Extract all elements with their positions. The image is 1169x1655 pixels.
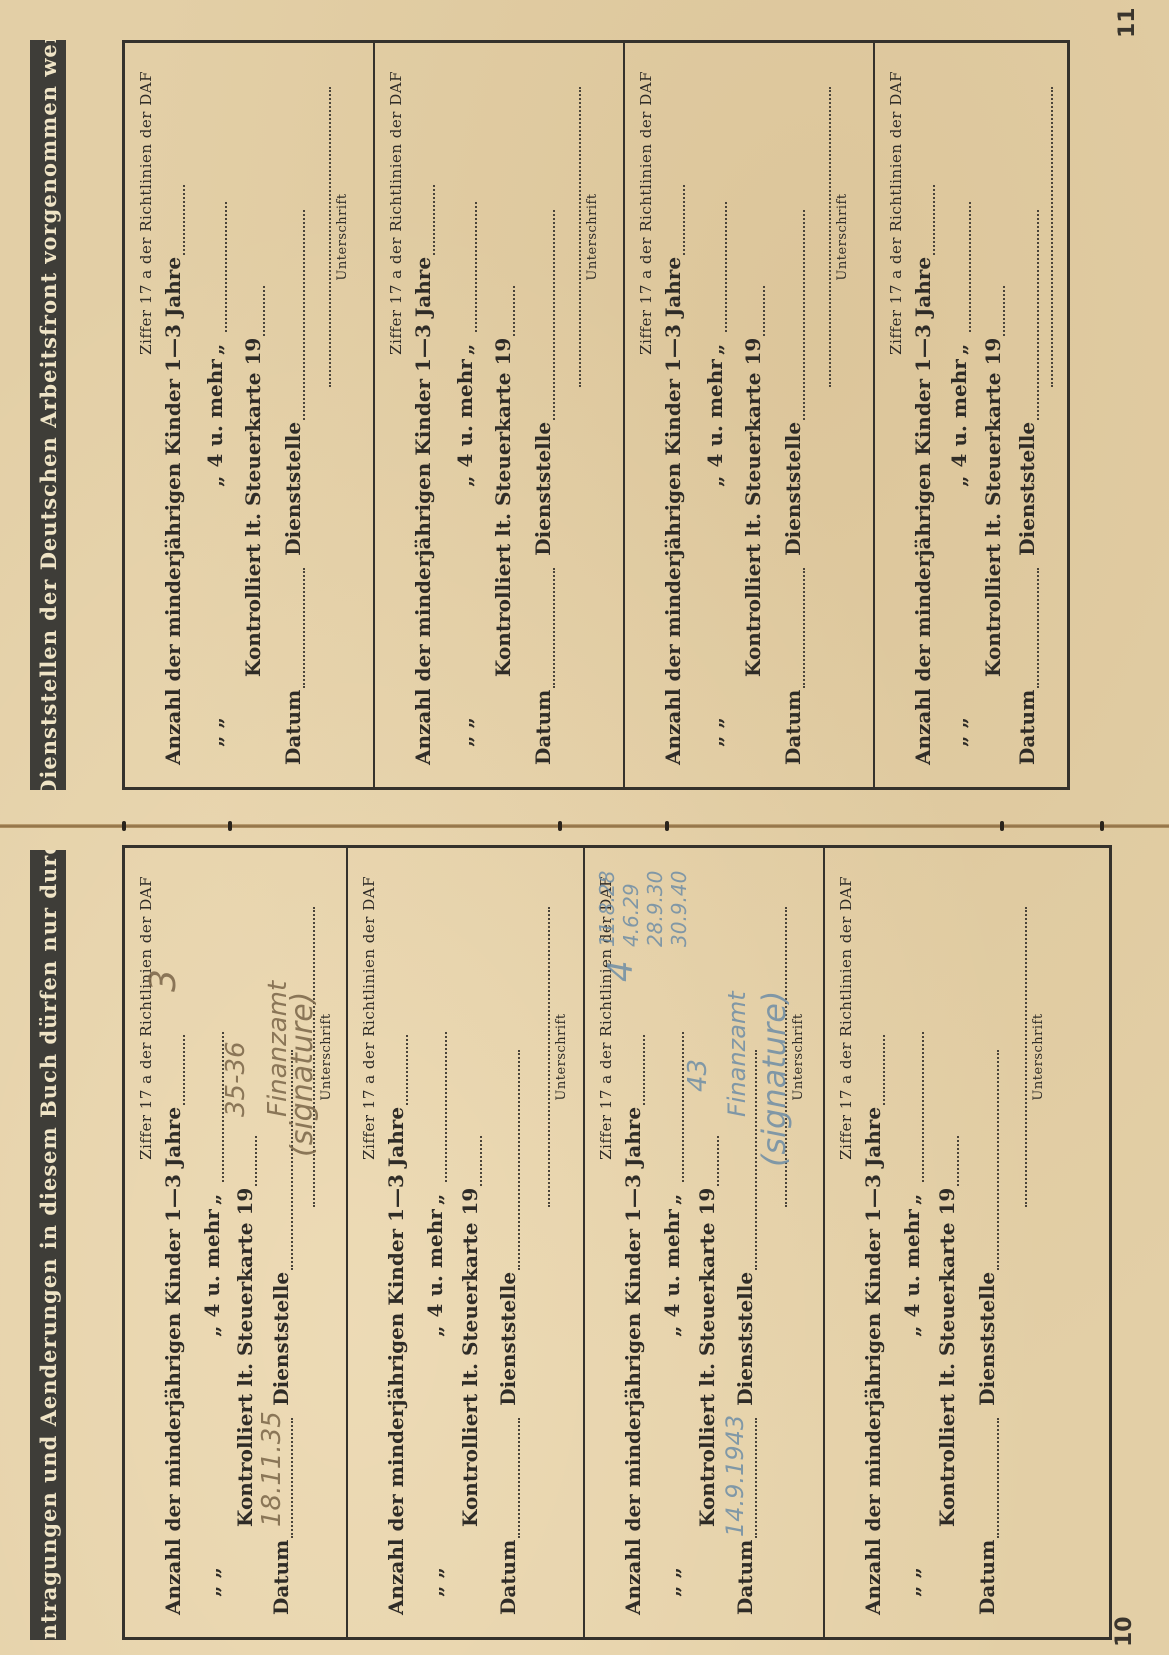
mehr-label: 4 u. mehr	[947, 359, 971, 467]
kinder-4-plus-field[interactable]	[707, 202, 727, 332]
mehr-label: 4 u. mehr	[660, 1209, 684, 1317]
dienststelle-field[interactable]	[285, 210, 305, 420]
kinder-1-3-field[interactable]	[625, 1035, 645, 1105]
signature-field[interactable]	[829, 87, 831, 387]
entry-box: Ziffer 17 a der Richtlinien der DAF Anza…	[875, 43, 1067, 787]
anzahl-row: Anzahl der minderjährigen Kinder 1—3 Jah…	[661, 185, 685, 765]
dienststelle-field[interactable]	[500, 1050, 520, 1270]
margin-date: 11.8.28	[595, 871, 619, 947]
anzahl-row: Anzahl der minderjährigen Kinder 1—3 Jah…	[911, 185, 935, 765]
handwritten-steuerkarte-year: 43	[683, 1059, 713, 1092]
dienststelle-field[interactable]	[535, 210, 555, 420]
ditto-mark: „	[453, 475, 477, 487]
ziffer-label: Ziffer 17 a der Richtlinien der DAF	[137, 71, 155, 355]
ditto-mark: „	[703, 475, 727, 487]
ditto-marks: „ „	[947, 507, 971, 747]
signature-field[interactable]	[579, 87, 581, 387]
datum-label: Datum	[975, 1540, 999, 1615]
kinder-4-plus-field[interactable]	[457, 202, 477, 332]
dienststelle-label: Dienststelle	[269, 1272, 293, 1406]
ditto-mark: „	[453, 344, 477, 356]
kinder-4-plus-field[interactable]	[427, 1032, 447, 1182]
dienststelle-label: Dienststelle	[531, 422, 555, 556]
ditto-mark: „	[200, 1194, 224, 1206]
datum-row: Datum Dienststelle	[531, 210, 555, 765]
kinder-4-plus-field[interactable]	[207, 202, 227, 332]
mehr-label: 4 u. mehr	[703, 359, 727, 467]
ditto-marks: „ „	[203, 507, 227, 747]
ditto-marks: „ „	[200, 1357, 224, 1597]
ziffer-label: Ziffer 17 a der Richtlinien der DAF	[137, 876, 155, 1160]
entry-box: Ziffer 17 a der Richtlinien der DAF Anza…	[585, 848, 825, 1637]
kontrolliert-row: Kontrolliert lt. Steuerkarte 19	[695, 1136, 719, 1527]
ditto-mark: „	[947, 475, 971, 487]
kinder-1-3-field[interactable]	[388, 1035, 408, 1105]
ditto-marks: „ „	[660, 1357, 684, 1597]
ditto-marks: „ „	[453, 507, 477, 747]
entries-frame: Ziffer 17 a der Richtlinien der DAF Anza…	[122, 845, 1112, 1640]
page-number: 10	[1112, 1616, 1137, 1647]
handwritten-steuerkarte-year: 35-36	[221, 1041, 251, 1117]
datum-row: Datum Dienststelle	[975, 1050, 999, 1615]
datum-row: Datum Dienststelle	[781, 210, 805, 765]
margin-date: 30.9.40	[667, 871, 691, 947]
steuerkarte-year-field[interactable]	[939, 1136, 959, 1186]
book-spine	[0, 824, 1169, 828]
signature-field[interactable]	[1051, 87, 1053, 387]
entries-frame: Ziffer 17 a der Richtlinien der DAF Anza…	[122, 40, 1070, 790]
anzahl-label: Anzahl der minderjährigen Kinder 1—3 Jah…	[161, 257, 185, 765]
unterschrift-label: Unterschrift	[1031, 907, 1046, 1207]
kinder-1-3-field[interactable]	[415, 185, 435, 255]
kontrolliert-row: Kontrolliert lt. Steuerkarte 19	[741, 286, 765, 677]
unterschrift-label: Unterschrift	[335, 87, 350, 387]
handwritten-datum: 14.9.1943	[721, 1415, 749, 1537]
kinder-4-plus-field[interactable]	[904, 1032, 924, 1182]
mehr-row: „ „ „ 4 u. mehr „	[660, 1032, 684, 1597]
kinder-1-3-field[interactable]	[165, 185, 185, 255]
datum-field[interactable]	[785, 568, 805, 688]
unterschrift-label: Unterschrift	[791, 907, 806, 1207]
ziffer-label: Ziffer 17 a der Richtlinien der DAF	[887, 71, 905, 355]
steuerkarte-year-field[interactable]	[699, 1136, 719, 1186]
datum-field[interactable]	[1019, 568, 1039, 688]
datum-field[interactable]	[535, 568, 555, 688]
steuerkarte-year-field[interactable]	[237, 1136, 257, 1186]
steuerkarte-year-field[interactable]	[745, 286, 765, 336]
unterschrift-label: Unterschrift	[585, 87, 600, 387]
ditto-mark: „	[703, 344, 727, 356]
mehr-row: „ „ „ 4 u. mehr „	[453, 202, 477, 747]
kontrolliert-row: Kontrolliert lt. Steuerkarte 19	[458, 1136, 482, 1527]
unterschrift-label: Unterschrift	[319, 907, 334, 1207]
kontrolliert-row: Kontrolliert lt. Steuerkarte 19	[491, 286, 515, 677]
anzahl-label: Anzahl der minderjährigen Kinder 1—3 Jah…	[661, 257, 685, 765]
mehr-label: 4 u. mehr	[900, 1209, 924, 1317]
booklet-spread: Eintragungen und Aenderungen in diesem B…	[0, 0, 1169, 1655]
ditto-mark: „	[203, 344, 227, 356]
page-banner: Eintragungen und Aenderungen in diesem B…	[30, 850, 66, 1640]
anzahl-row: Anzahl der minderjährigen Kinder 1—3 Jah…	[161, 185, 185, 765]
signature-field[interactable]	[1025, 907, 1027, 1207]
handwritten-kinder-1-3: 4	[601, 960, 641, 982]
kinder-1-3-field[interactable]	[665, 185, 685, 255]
mehr-row: „ „ „ 4 u. mehr „	[203, 202, 227, 747]
kontrolliert-label: Kontrolliert lt. Steuerkarte 19	[981, 338, 1005, 677]
page-11: die Dienststellen der Deutschen Arbeitsf…	[0, 0, 1169, 823]
mehr-label: 4 u. mehr	[203, 359, 227, 467]
datum-label: Datum	[496, 1540, 520, 1615]
handwritten-signature: (signature)	[285, 992, 320, 1157]
mehr-row: „ „ „ 4 u. mehr „	[947, 202, 971, 747]
page-banner: die Dienststellen der Deutschen Arbeitsf…	[30, 40, 66, 790]
ditto-mark: „	[660, 1325, 684, 1337]
datum-field[interactable]	[979, 1418, 999, 1538]
kontrolliert-label: Kontrolliert lt. Steuerkarte 19	[491, 338, 515, 677]
ditto-mark: „	[900, 1194, 924, 1206]
datum-label: Datum	[269, 1540, 293, 1615]
handwritten-dienststelle: Finanzamt	[723, 991, 751, 1117]
anzahl-row: Anzahl der minderjährigen Kinder 1—3 Jah…	[621, 1035, 645, 1615]
anzahl-label: Anzahl der minderjährigen Kinder 1—3 Jah…	[384, 1107, 408, 1615]
dienststelle-field[interactable]	[1019, 210, 1039, 420]
margin-date: 28.9.30	[643, 871, 667, 947]
kontrolliert-label: Kontrolliert lt. Steuerkarte 19	[741, 338, 765, 677]
entry-box: Ziffer 17 a der Richtlinien der DAF Anza…	[375, 43, 625, 787]
ditto-mark: „	[200, 1325, 224, 1337]
datum-row: Datum Dienststelle	[1015, 210, 1039, 765]
datum-label: Datum	[733, 1540, 757, 1615]
kontrolliert-label: Kontrolliert lt. Steuerkarte 19	[241, 338, 265, 677]
dienststelle-label: Dienststelle	[281, 422, 305, 556]
ditto-marks: „ „	[900, 1357, 924, 1597]
anzahl-row: Anzahl der minderjährigen Kinder 1—3 Jah…	[161, 1035, 185, 1615]
ziffer-label: Ziffer 17 a der Richtlinien der DAF	[837, 876, 855, 1160]
datum-label: Datum	[781, 690, 805, 765]
ditto-marks: „ „	[423, 1357, 447, 1597]
mehr-row: „ „ „ 4 u. mehr „	[423, 1032, 447, 1597]
kontrolliert-label: Kontrolliert lt. Steuerkarte 19	[935, 1188, 959, 1527]
kinder-1-3-field[interactable]	[165, 1035, 185, 1105]
anzahl-label: Anzahl der minderjährigen Kinder 1—3 Jah…	[161, 1107, 185, 1615]
kinder-1-3-field[interactable]	[915, 185, 935, 255]
steuerkarte-year-field[interactable]	[985, 286, 1005, 336]
anzahl-label: Anzahl der minderjährigen Kinder 1—3 Jah…	[411, 257, 435, 765]
ditto-mark: „	[203, 475, 227, 487]
kontrolliert-row: Kontrolliert lt. Steuerkarte 19	[981, 286, 1005, 677]
entry-box: Ziffer 17 a der Richtlinien der DAF Anza…	[625, 43, 875, 787]
steuerkarte-year-field[interactable]	[462, 1136, 482, 1186]
kontrolliert-label: Kontrolliert lt. Steuerkarte 19	[458, 1188, 482, 1527]
entry-box: Ziffer 17 a der Richtlinien der DAF Anza…	[825, 848, 1109, 1637]
dienststelle-field[interactable]	[979, 1050, 999, 1270]
handwritten-datum: 18.11.35	[257, 1411, 287, 1527]
kontrolliert-row: Kontrolliert lt. Steuerkarte 19	[233, 1136, 257, 1527]
kontrolliert-label: Kontrolliert lt. Steuerkarte 19	[695, 1188, 719, 1527]
steuerkarte-year-field[interactable]	[495, 286, 515, 336]
dienststelle-label: Dienststelle	[1015, 422, 1039, 556]
datum-label: Datum	[531, 690, 555, 765]
ditto-mark: „	[660, 1194, 684, 1206]
kontrolliert-label: Kontrolliert lt. Steuerkarte 19	[233, 1188, 257, 1527]
anzahl-label: Anzahl der minderjährigen Kinder 1—3 Jah…	[911, 257, 935, 765]
dienststelle-label: Dienststelle	[975, 1272, 999, 1406]
unterschrift-label: Unterschrift	[835, 87, 850, 387]
kinder-4-plus-field[interactable]	[664, 1032, 684, 1182]
unterschrift-label: Unterschrift	[554, 907, 569, 1207]
datum-label: Datum	[1015, 690, 1039, 765]
ditto-mark: „	[423, 1325, 447, 1337]
dienststelle-label: Dienststelle	[733, 1272, 757, 1406]
entry-box: Ziffer 17 a der Richtlinien der DAF Anza…	[125, 43, 375, 787]
anzahl-label: Anzahl der minderjährigen Kinder 1—3 Jah…	[861, 1107, 885, 1615]
ziffer-label: Ziffer 17 a der Richtlinien der DAF	[360, 876, 378, 1160]
mehr-label: 4 u. mehr	[200, 1209, 224, 1317]
anzahl-row: Anzahl der minderjährigen Kinder 1—3 Jah…	[411, 185, 435, 765]
mehr-row: „ „ „ 4 u. mehr „	[900, 1032, 924, 1597]
kinder-4-plus-field[interactable]	[951, 202, 971, 332]
mehr-row: „ „ „ 4 u. mehr „	[703, 202, 727, 747]
mehr-label: 4 u. mehr	[453, 359, 477, 467]
kontrolliert-row: Kontrolliert lt. Steuerkarte 19	[935, 1136, 959, 1527]
anzahl-row: Anzahl der minderjährigen Kinder 1—3 Jah…	[861, 1035, 885, 1615]
ditto-mark: „	[900, 1325, 924, 1337]
handwritten-signature: (signature)	[755, 991, 793, 1167]
margin-date: 4.6.29	[619, 871, 643, 947]
dienststelle-label: Dienststelle	[781, 422, 805, 556]
page-10: Eintragungen und Aenderungen in diesem B…	[0, 829, 1169, 1655]
dienststelle-field[interactable]	[785, 210, 805, 420]
dienststelle-label: Dienststelle	[496, 1272, 520, 1406]
ditto-mark: „	[423, 1194, 447, 1206]
margin-dates: 11.8.28 4.6.29 28.9.30 30.9.40	[595, 871, 691, 947]
steuerkarte-year-field[interactable]	[245, 286, 265, 336]
datum-field[interactable]	[500, 1418, 520, 1538]
anzahl-row: Anzahl der minderjährigen Kinder 1—3 Jah…	[384, 1035, 408, 1615]
ditto-mark: „	[947, 344, 971, 356]
signature-field[interactable]	[548, 907, 550, 1207]
entry-box: Ziffer 17 a der Richtlinien der DAF Anza…	[348, 848, 585, 1637]
kontrolliert-row: Kontrolliert lt. Steuerkarte 19	[241, 286, 265, 677]
ziffer-label: Ziffer 17 a der Richtlinien der DAF	[637, 71, 655, 355]
entry-box: Ziffer 17 a der Richtlinien der DAF Anza…	[125, 848, 348, 1637]
ziffer-label: Ziffer 17 a der Richtlinien der DAF	[387, 71, 405, 355]
datum-field[interactable]	[285, 568, 305, 688]
handwritten-kinder-1-3: 3	[143, 969, 184, 992]
anzahl-label: Anzahl der minderjährigen Kinder 1—3 Jah…	[621, 1107, 645, 1615]
page-number: 11	[1115, 7, 1140, 38]
mehr-label: 4 u. mehr	[423, 1209, 447, 1317]
signature-field[interactable]	[329, 87, 331, 387]
datum-row: Datum Dienststelle	[281, 210, 305, 765]
datum-label: Datum	[281, 690, 305, 765]
ditto-marks: „ „	[703, 507, 727, 747]
kinder-1-3-field[interactable]	[865, 1035, 885, 1105]
datum-row: Datum Dienststelle	[496, 1050, 520, 1615]
